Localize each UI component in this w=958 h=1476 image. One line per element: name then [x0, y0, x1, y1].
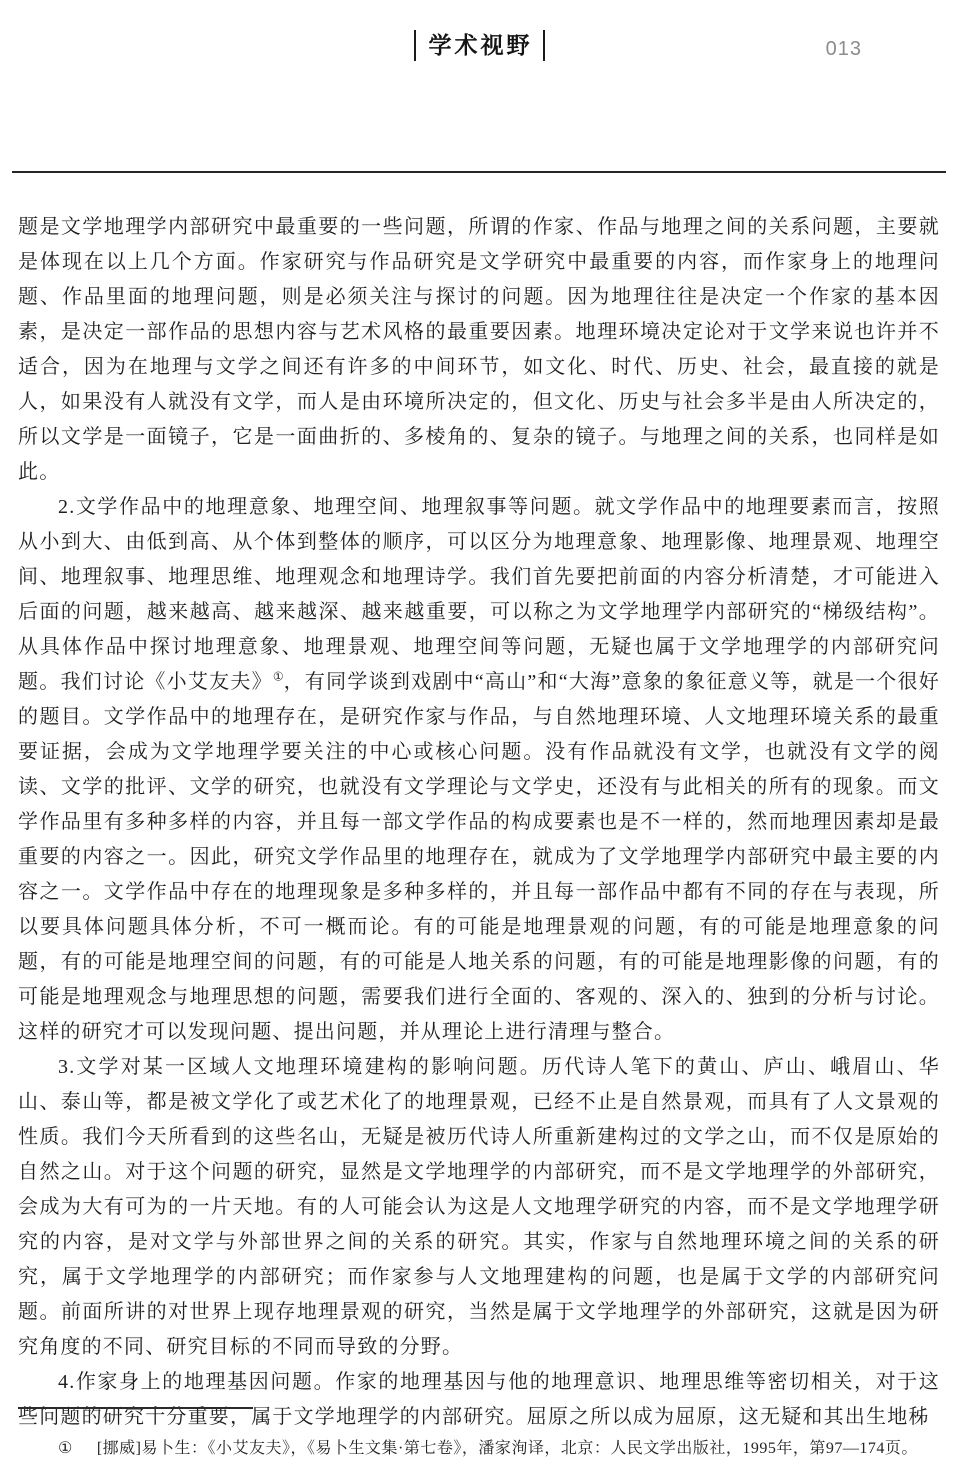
page-header: 学术视野 013	[0, 30, 958, 70]
footnote-divider	[18, 1407, 253, 1409]
paragraph-1: 题是文学地理学内部研究中最重要的一些问题，所谓的作家、作品与地理之间的关系问题，…	[18, 210, 940, 490]
paragraph-2-text-after-note: ，有同学谈到戏剧中“高山”和“大海”意象的象征意义等，就是一个很好的题目。文学作…	[18, 671, 940, 1043]
paragraph-3: 3.文学对某一区域人文地理环境建构的影响问题。历代诗人笔下的黄山、庐山、峨眉山、…	[18, 1050, 940, 1365]
footnote-reference: ①	[273, 669, 284, 683]
header-divider	[12, 171, 946, 173]
article-body: 题是文学地理学内部研究中最重要的一些问题，所谓的作家、作品与地理之间的关系问题，…	[18, 210, 940, 1435]
header-title-wrap: 学术视野	[0, 30, 958, 61]
section-title: 学术视野	[414, 30, 545, 61]
page-number: 013	[826, 38, 862, 61]
footnote-marker: ①	[58, 1440, 73, 1457]
paragraph-2-text-before-note: 2.文学作品中的地理意象、地理空间、地理叙事等问题。就文学作品中的地理要素而言，…	[18, 496, 940, 693]
paragraph-2: 2.文学作品中的地理意象、地理空间、地理叙事等问题。就文学作品中的地理要素而言，…	[18, 490, 940, 1050]
paragraph-4: 4.作家身上的地理基因问题。作家的地理基因与他的地理意识、地理思维等密切相关，对…	[18, 1365, 940, 1435]
document-page: 学术视野 013 题是文学地理学内部研究中最重要的一些问题，所谓的作家、作品与地…	[0, 0, 958, 1476]
footnote-area: ①[挪威]易卜生：《小艾友夫》，《易卜生文集·第七卷》，潘家洵译，北京：人民文学…	[18, 1437, 930, 1461]
footnote-text: [挪威]易卜生：《小艾友夫》，《易卜生文集·第七卷》，潘家洵译，北京：人民文学出…	[97, 1440, 918, 1457]
